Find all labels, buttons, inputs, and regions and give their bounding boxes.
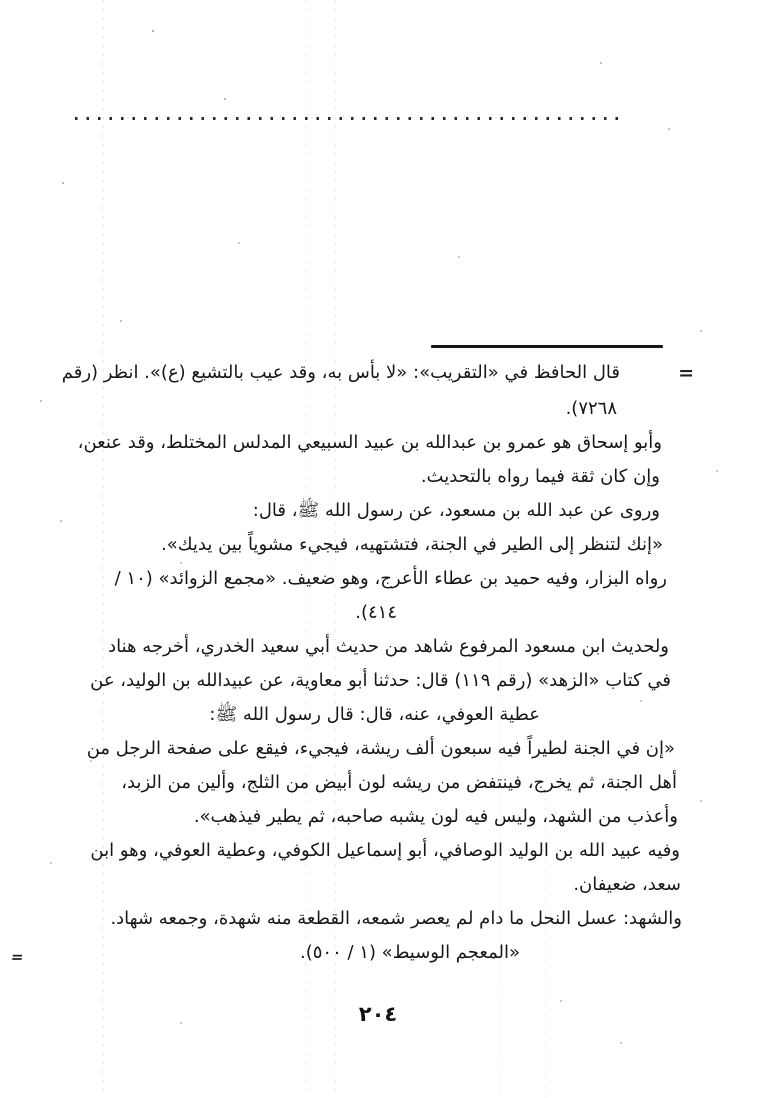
footnote-line: والشهد: عسل النحل ما دام لم يعصر شمعه، ا…	[110, 906, 682, 932]
footnote-line: «المعجم الوسيط» (١ / ٥٠٠).	[300, 940, 520, 966]
footnote-line: ٧٢٦٨).	[566, 396, 617, 422]
scan-artifact-streak	[103, 0, 104, 1098]
footnote-line: رواه البزار، وفيه حميد بن عطاء الأعرج، و…	[115, 566, 667, 592]
footnote-line: «إن في الجنة لطيراً فيه سبعون ألف ريشة، …	[87, 736, 675, 762]
footnote-line: وفيه عبيد الله بن الوليد الوصافي، أبو إس…	[90, 838, 680, 864]
scan-speckles	[0, 0, 2, 2]
footnote-line: وأعذب من الشهد، وليس فيه لون يشبه صاحبه،…	[194, 804, 678, 830]
footnote-continuation-marker-right: =	[678, 362, 694, 384]
page-number: ٢٠٤	[337, 1002, 419, 1026]
footnote-continuation-marker-left: =	[10, 948, 25, 966]
dotted-separator	[75, 117, 621, 120]
footnote-line: ولحديث ابن مسعود المرفوع شاهد من حديث أب…	[108, 634, 669, 660]
footnote-line: سعد، ضعيفان.	[573, 872, 681, 898]
footnote-line: وروى عن عبد الله بن مسعود، عن رسول الله …	[253, 498, 660, 524]
footnote-line: في كتاب «الزهد» (رقم ١١٩) قال: حدثنا أبو…	[90, 668, 671, 694]
footnote-separator-rule	[431, 345, 663, 348]
footnote-line: قال الحافظ في «التقريب»: «لا بأس به، وقد…	[62, 360, 620, 386]
footnote-line: وأبو إسحاق هو عمرو بن عبدالله بن عبيد ال…	[78, 430, 662, 456]
footnote-line: «إنك لتنظر إلى الطير في الجنة، فتشتهيه، …	[161, 532, 663, 558]
scanned-book-page: = قال الحافظ في «التقريب»: «لا بأس به، و…	[0, 0, 757, 1098]
footnote-line: وإن كان ثقة فيما رواه بالتحديث.	[421, 464, 660, 490]
footnote-line: أهل الجنة، ثم يخرج، فينتفض من ريشه لون أ…	[121, 770, 677, 796]
footnote-line: ٤١٤).	[355, 600, 397, 626]
footnote-line: عطية العوفي، عنه، قال: قال رسول الله ﷺ:	[209, 702, 540, 728]
